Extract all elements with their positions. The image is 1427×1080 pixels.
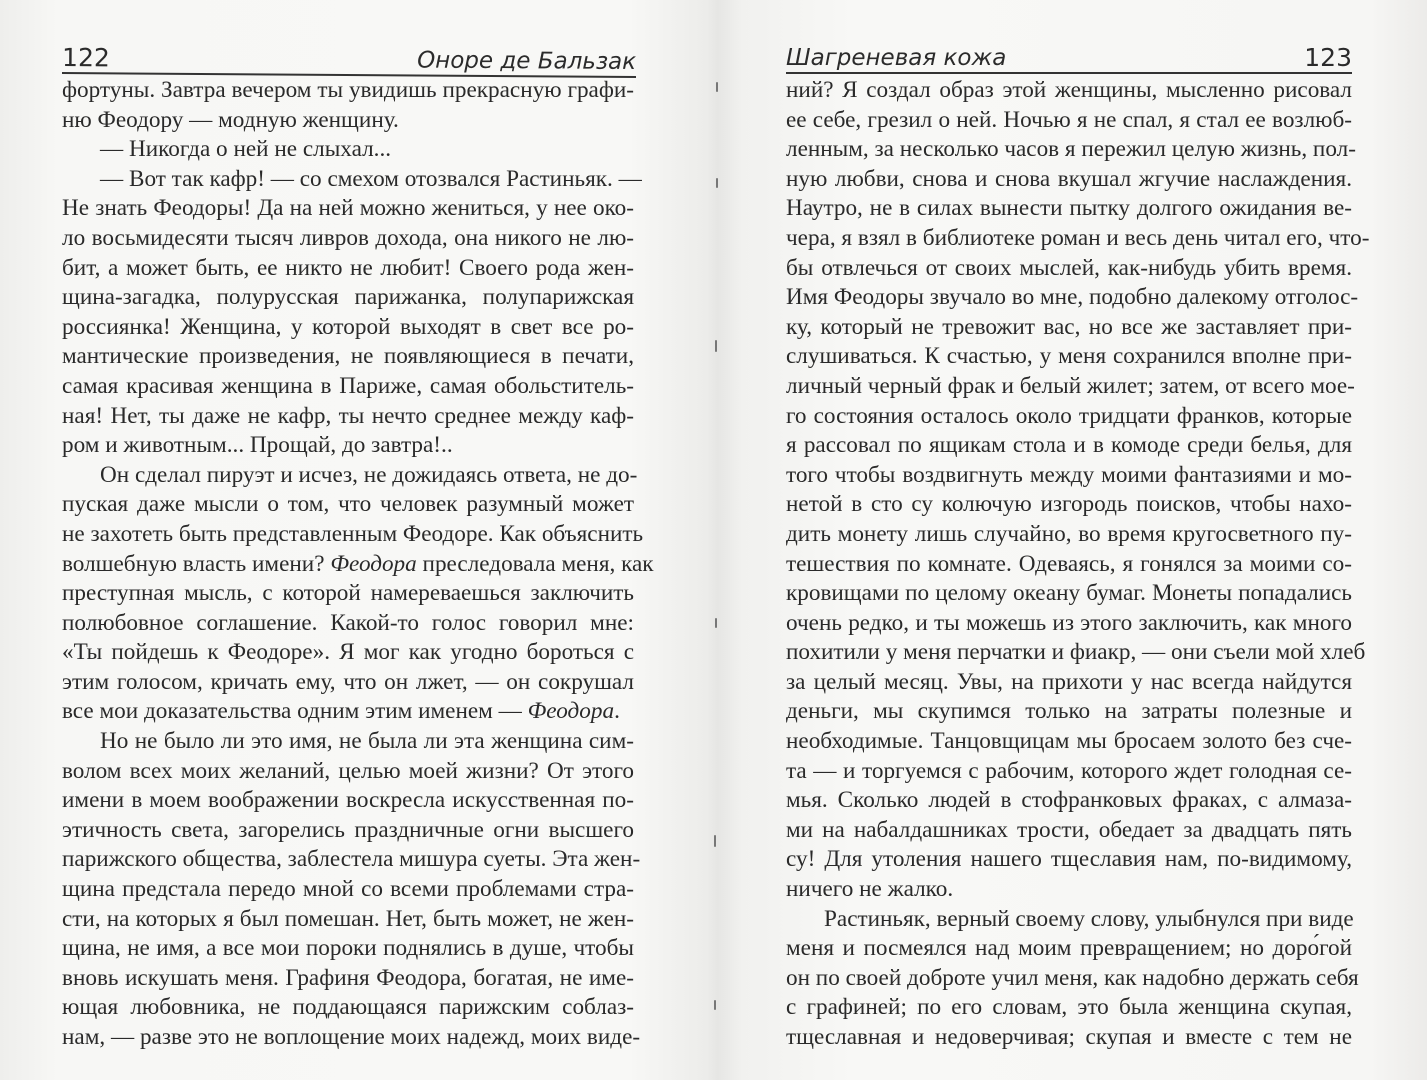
text-line: бы отвлечься от своих мыслей, как-нибудь…: [786, 254, 1352, 284]
text-run: щина, не имя, а все мои пороки поднялись…: [62, 935, 634, 961]
text-run: мья. Сколько людей в стофранковых фраках…: [786, 787, 1352, 813]
text-run: меня и посмеялся над моим превращением; …: [786, 935, 1352, 961]
text-run: ее себе, грезил о ней. Ночью я не спал, …: [786, 107, 1352, 133]
text-run: тешествия по комнате. Одеваясь, я гонялс…: [786, 551, 1352, 577]
text-run: с графиней; по его словам, это была женщ…: [786, 994, 1352, 1020]
left-page: 122 Оноре де Бальзак фортуны. Завтра веч…: [0, 0, 712, 1080]
text-line: парижского общества, заблестела мишура с…: [62, 845, 634, 875]
text-run: преступная мысль, с которой намереваешьс…: [62, 580, 634, 606]
text-run: ничего не жалко.: [786, 876, 953, 902]
text-line: волшебную власть имени? Феодора преследо…: [62, 550, 634, 580]
text-run: преследовала меня, как: [417, 551, 654, 577]
right-page-text: ний? Я создал образ этой женщины, мыслен…: [786, 76, 1352, 1053]
text-line: деньги, мы скупимся только на затраты по…: [786, 697, 1352, 727]
text-line: слушиваться. К счастью, у меня сохранилс…: [786, 342, 1352, 372]
text-run: бы отвлечься от своих мыслей, как-нибудь…: [786, 255, 1352, 281]
text-line: с графиней; по его словам, это была женщ…: [786, 993, 1352, 1023]
text-line: дить монету лишь случайно, во время круг…: [786, 520, 1352, 550]
italic-name: Феодора: [330, 551, 416, 577]
text-line: преступная мысль, с которой намереваешьс…: [62, 579, 634, 609]
text-run: сти, на которых я был помешан. Нет, быть…: [62, 906, 634, 932]
text-run: чера, я взял в библиотеке роман и весь д…: [786, 225, 1369, 251]
text-line: Он сделал пируэт и исчез, не дожидаясь о…: [62, 461, 634, 491]
text-line: Наутро, не в силах вынести пытку долгого…: [786, 194, 1352, 224]
text-line: ную любви, снова и снова вкушал жгучие н…: [786, 165, 1352, 195]
text-run: бит, а может быть, ее никто не любит! Св…: [62, 255, 634, 281]
text-line: Но не было ли это имя, не была ли эта же…: [62, 727, 634, 757]
binding-thread-mark: [714, 1000, 716, 1010]
text-line: имени в моем воображении воскресла искус…: [62, 786, 634, 816]
text-line: я рассовал по ящикам стола и в комоде ср…: [786, 431, 1352, 461]
text-line: нам, — разве это не воплощение моих наде…: [62, 1023, 634, 1053]
text-run: похитили у меня перчатки и фиакр, — они …: [786, 639, 1365, 665]
page-number-right: 123: [1304, 45, 1352, 70]
text-run: Не знать Феодоры! Да на ней можно женить…: [62, 195, 634, 221]
text-run: щина-загадка, полурусская парижанка, пол…: [62, 284, 634, 310]
text-line: Имя Феодоры звучало во мне, подобно дале…: [786, 283, 1352, 313]
text-run: слушиваться. К счастью, у меня сохранилс…: [786, 343, 1352, 369]
text-run: Растиньяк, верный своему слову, улыбнулс…: [824, 906, 1354, 932]
text-run: волом всех моих желаний, целью моей жизн…: [62, 758, 634, 784]
text-run: «Ты пойдешь к Феодоре». Я мог как угодно…: [62, 639, 634, 665]
text-line: бит, а может быть, ее никто не любит! Св…: [62, 254, 634, 284]
text-run: мантические произведения, не появляющиес…: [62, 343, 634, 369]
text-run: Наутро, не в силах вынести пытку долгого…: [786, 195, 1352, 221]
text-run: личный черный фрак и белый жилет; затем,…: [786, 373, 1355, 399]
running-head-book-title: Шагреневая кожа: [786, 47, 1006, 70]
text-run: ленным, за несколько часов я пережил цел…: [786, 136, 1356, 162]
text-run: ку, который не тревожит вас, но все же з…: [786, 314, 1352, 340]
text-line: ло восьмидесяти тысяч ливров дохода, она…: [62, 224, 634, 254]
text-line: фортуны. Завтра вечером ты увидишь прекр…: [62, 76, 634, 106]
text-line: нетой в сто су колючую изгородь поисков,…: [786, 490, 1352, 520]
text-line: чера, я взял в библиотеке роман и весь д…: [786, 224, 1352, 254]
text-line: вновь искушать меня. Графиня Феодора, бо…: [62, 964, 634, 994]
text-run: вновь искушать меня. Графиня Феодора, бо…: [62, 965, 634, 991]
text-line: россиянка! Женщина, у которой выходят в …: [62, 313, 634, 343]
text-run: ло восьмидесяти тысяч ливров дохода, она…: [62, 225, 634, 251]
text-line: Растиньяк, верный своему слову, улыбнулс…: [786, 905, 1352, 935]
text-run: полюбовное соглашение. Какой-то голос го…: [62, 610, 634, 636]
text-run: не захотеть быть представленным Феодоре.…: [62, 521, 643, 547]
text-line: ная! Нет, ты даже не кафр, ты нечто сред…: [62, 402, 634, 432]
text-line: ню Феодору — модную женщину.: [62, 106, 634, 136]
text-line: ленным, за несколько часов я пережил цел…: [786, 135, 1352, 165]
text-line: ний? Я создал образ этой женщины, мыслен…: [786, 76, 1352, 106]
text-line: го состояния осталось около тридцати фра…: [786, 402, 1352, 432]
text-run: ную любви, снова и снова вкушал жгучие н…: [786, 166, 1352, 192]
text-line: личный черный фрак и белый жилет; затем,…: [786, 372, 1352, 402]
text-run: ная! Нет, ты даже не кафр, ты нечто сред…: [62, 403, 634, 429]
text-run: Он сделал пируэт и исчез, не дожидаясь о…: [100, 462, 637, 488]
text-run: нетой в сто су колючую изгородь поисков,…: [786, 491, 1352, 517]
text-line: ром и животным... Прощай, до завтра!..: [62, 431, 634, 461]
text-run: ром и животным... Прощай, до завтра!..: [62, 432, 453, 458]
text-run: того чтобы воздвигнуть между моими фанта…: [786, 462, 1352, 488]
binding-thread-mark: [714, 835, 716, 847]
text-run: имени в моем воображении воскресла искус…: [62, 787, 634, 813]
text-run: этим голосом, кричать ему, что он лжет, …: [62, 669, 634, 695]
text-run: го состояния осталось около тридцати фра…: [786, 403, 1352, 429]
text-run: самая красивая женщина в Париже, самая о…: [62, 373, 634, 399]
binding-thread-mark: [716, 82, 718, 92]
binding-thread-mark: [715, 340, 717, 352]
right-page: Шагреневая кожа 123 ний? Я создал образ …: [712, 0, 1427, 1080]
text-run: тщеславная и недоверчивая; скупая и вмес…: [786, 1024, 1352, 1050]
text-line: та — и торгуемся с рабочим, которого жде…: [786, 757, 1352, 787]
text-run: Но не было ли это имя, не была ли эта же…: [100, 728, 634, 754]
text-run: та — и торгуемся с рабочим, которого жде…: [786, 758, 1352, 784]
text-run: ню Феодору — модную женщину.: [62, 107, 399, 133]
text-line: очень редко, и ты можешь из этого заключ…: [786, 609, 1352, 639]
text-line: щина, не имя, а все мои пороки поднялись…: [62, 934, 634, 964]
text-run: он по своей доброте учил меня, как надоб…: [786, 965, 1359, 991]
right-running-head: Шагреневая кожа 123: [786, 30, 1352, 74]
text-line: полюбовное соглашение. Какой-то голос го…: [62, 609, 634, 639]
text-line: — Никогда о ней не слыхал...: [62, 135, 634, 165]
text-line: этим голосом, кричать ему, что он лжет, …: [62, 668, 634, 698]
text-line: того чтобы воздвигнуть между моими фанта…: [786, 461, 1352, 491]
text-run: фортуны. Завтра вечером ты увидишь прекр…: [62, 77, 634, 103]
text-run: деньги, мы скупимся только на затраты по…: [786, 698, 1352, 724]
text-line: волом всех моих желаний, целью моей жизн…: [62, 757, 634, 787]
text-line: самая красивая женщина в Париже, самая о…: [62, 372, 634, 402]
text-line: все мои доказательства одним этим именем…: [62, 697, 634, 727]
text-line: мантические произведения, не появляющиес…: [62, 342, 634, 372]
binding-thread-mark: [716, 178, 718, 188]
italic-name: Феодора: [528, 698, 614, 724]
text-run: я рассовал по ящикам стола и в комоде ср…: [786, 432, 1352, 458]
text-line: необходимые. Танцовщицам мы бросаем золо…: [786, 727, 1352, 757]
text-line: ничего не жалко.: [786, 875, 1352, 905]
page-number-left: 122: [62, 45, 110, 70]
left-page-text: фортуны. Завтра вечером ты увидишь прекр…: [62, 76, 634, 1053]
text-run: волшебную власть имени?: [62, 551, 330, 577]
text-line: щина-загадка, полурусская парижанка, пол…: [62, 283, 634, 313]
text-run: за целый месяц. Увы, на прихоти у нас вс…: [786, 669, 1352, 695]
text-run: парижского общества, заблестела мишура с…: [62, 846, 640, 872]
text-run: все мои доказательства одним этим именем…: [62, 698, 528, 724]
text-line: этичность света, загорелись праздничные …: [62, 816, 634, 846]
text-line: Не знать Феодоры! Да на ней можно женить…: [62, 194, 634, 224]
text-line: ку, который не тревожит вас, но все же з…: [786, 313, 1352, 343]
text-run: нам, — разве это не воплощение моих наде…: [62, 1024, 640, 1050]
text-line: ее себе, грезил о ней. Ночью я не спал, …: [786, 106, 1352, 136]
text-run: ющая любовника, не поддающаяся парижским…: [62, 994, 634, 1020]
text-line: «Ты пойдешь к Феодоре». Я мог как угодно…: [62, 638, 634, 668]
text-line: су! Для утоления нашего тщеславия нам, п…: [786, 845, 1352, 875]
text-line: он по своей доброте учил меня, как надоб…: [786, 964, 1352, 994]
text-line: за целый месяц. Увы, на прихоти у нас вс…: [786, 668, 1352, 698]
text-run: ми на набалдашниках трости, обедает за д…: [786, 817, 1352, 843]
text-run: пуская даже мысли о том, что человек раз…: [62, 491, 634, 517]
text-run: дить монету лишь случайно, во время круг…: [786, 521, 1352, 547]
book-spread: 122 Оноре де Бальзак фортуны. Завтра веч…: [0, 0, 1427, 1080]
text-line: ющая любовника, не поддающаяся парижским…: [62, 993, 634, 1023]
text-run: ний? Я создал образ этой женщины, мыслен…: [786, 77, 1352, 103]
text-line: пуская даже мысли о том, что человек раз…: [62, 490, 634, 520]
text-line: ми на набалдашниках трости, обедает за д…: [786, 816, 1352, 846]
text-line: тешествия по комнате. Одеваясь, я гонялс…: [786, 550, 1352, 580]
text-line: — Вот так кафр! — со смехом отозвался Ра…: [62, 165, 634, 195]
text-line: тщеславная и недоверчивая; скупая и вмес…: [786, 1023, 1352, 1053]
text-line: меня и посмеялся над моим превращением; …: [786, 934, 1352, 964]
left-running-head: 122 Оноре де Бальзак: [62, 30, 636, 78]
text-run: щина предстала передо мной со всеми проб…: [62, 876, 634, 902]
text-line: щина предстала передо мной со всеми проб…: [62, 875, 634, 905]
text-run: кровищами по целому океану бумаг. Монеты…: [786, 580, 1352, 606]
text-run: россиянка! Женщина, у которой выходят в …: [62, 314, 634, 340]
binding-thread-mark: [715, 618, 717, 628]
text-run: су! Для утоления нашего тщеславия нам, п…: [786, 846, 1352, 872]
text-run: этичность света, загорелись праздничные …: [62, 817, 634, 843]
text-run: — Вот так кафр! — со смехом отозвался Ра…: [100, 166, 642, 192]
text-line: не захотеть быть представленным Феодоре.…: [62, 520, 634, 550]
text-run: очень редко, и ты можешь из этого заключ…: [786, 610, 1352, 636]
text-run: .: [614, 698, 620, 724]
text-line: похитили у меня перчатки и фиакр, — они …: [786, 638, 1352, 668]
text-run: Имя Феодоры звучало во мне, подобно дале…: [786, 284, 1358, 310]
text-run: — Никогда о ней не слыхал...: [100, 136, 391, 162]
running-head-author: Оноре де Бальзак: [417, 49, 636, 74]
text-line: мья. Сколько людей в стофранковых фраках…: [786, 786, 1352, 816]
text-run: необходимые. Танцовщицам мы бросаем золо…: [786, 728, 1352, 754]
text-line: кровищами по целому океану бумаг. Монеты…: [786, 579, 1352, 609]
text-line: сти, на которых я был помешан. Нет, быть…: [62, 905, 634, 935]
